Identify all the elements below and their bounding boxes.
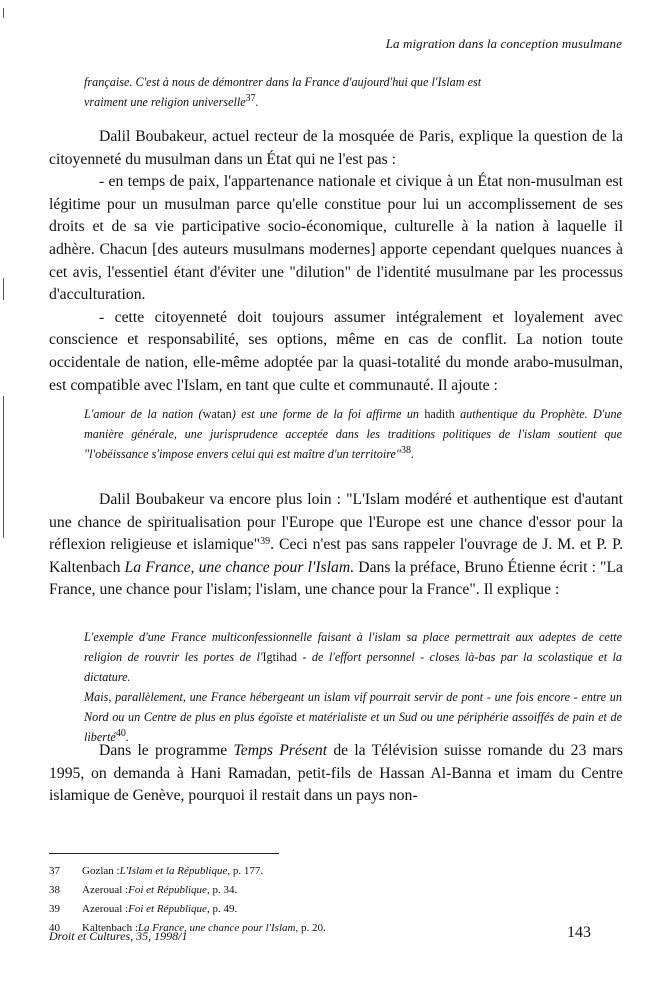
scan-margin-mark [3, 278, 4, 300]
footnotes: 37Gozlan : L'Islam et la République, p. … [49, 862, 326, 938]
quote-text: L'amour de la nation ( [84, 407, 203, 421]
block-quote-2: L'amour de la nation (watan) est une for… [84, 404, 622, 464]
footnote-page: , p. 49. [207, 900, 237, 919]
body-text-3: Dans le programme Temps Présent de la Té… [49, 740, 623, 808]
footnote-title: L'Islam et la République [120, 862, 228, 881]
arabic-term: Igtihad [262, 650, 297, 664]
body-text-1: Dalil Boubakeur, actuel recteur de la mo… [49, 126, 623, 397]
footnote-divider [49, 853, 279, 854]
paragraph: - en temps de paix, l'appartenance natio… [49, 171, 623, 307]
footnote-author: Gozlan : [82, 862, 120, 881]
footnote-39: 39Azeroual : Foi et République, p. 49. [49, 900, 326, 919]
paragraph: Dalil Boubakeur, actuel recteur de la mo… [49, 126, 623, 171]
footnote-37: 37Gozlan : L'Islam et la République, p. … [49, 862, 326, 881]
quote-line: vraiment une religion universelle37. [84, 92, 622, 112]
scan-margin-mark [3, 8, 4, 18]
running-header: La migration dans la conception musulman… [386, 36, 622, 52]
footnote-number: 37 [49, 862, 82, 881]
arabic-term: hadith [424, 407, 454, 421]
paragraph: - cette citoyenneté doit toujours assume… [49, 307, 623, 397]
quote-para: L'exemple d'une France multiconfessionne… [84, 627, 622, 687]
footnote-ref[interactable]: 37 [246, 93, 256, 104]
quote-text: ) est une forme de la foi affirme un [232, 407, 425, 421]
quote-text: Mais, parallèlement, une France hébergea… [84, 690, 622, 744]
program-title: Temps Présent [233, 742, 327, 759]
journal-citation: Droit et Cultures, 35, 1998/1 [49, 929, 187, 944]
book-title: La France, une chance pour l'Islam. [125, 559, 355, 576]
footnote-ref[interactable]: 38 [401, 445, 411, 456]
footnote-author: Azeroual : [82, 881, 128, 900]
block-quote-1: française. C'est à nous de démontrer dan… [84, 72, 622, 112]
quote-text: vraiment une religion universelle [84, 95, 246, 109]
footnote-title: Foi et République [128, 881, 207, 900]
arabic-term: watan [203, 407, 232, 421]
footnote-38: 38Azeroual : Foi et République, p. 34. [49, 881, 326, 900]
footnote-page: , p. 20. [295, 919, 325, 938]
quote-text: . [411, 447, 414, 461]
block-quote-3: L'exemple d'une France multiconfessionne… [84, 627, 622, 747]
page-number: 143 [567, 924, 591, 942]
quote-text: . [256, 95, 259, 109]
footnote-ref[interactable]: 40 [116, 728, 126, 739]
footnote-ref[interactable]: 39 [260, 536, 270, 547]
footnote-page: , p. 34. [207, 881, 237, 900]
text: Dans le programme [99, 742, 233, 759]
footnote-number: 39 [49, 900, 82, 919]
scan-margin-mark [3, 396, 4, 538]
footnote-page: , p. 177. [227, 862, 263, 881]
quote-line: française. C'est à nous de démontrer dan… [84, 72, 622, 92]
footnote-title: Foi et République [128, 900, 207, 919]
quote-para: Mais, parallèlement, une France hébergea… [84, 687, 622, 747]
footnote-author: Azeroual : [82, 900, 128, 919]
paragraph: Dans le programme Temps Présent de la Té… [49, 740, 623, 808]
paragraph: Dalil Boubakeur va encore plus loin : "L… [49, 489, 623, 602]
document-page: La migration dans la conception musulman… [0, 0, 650, 1004]
body-text-2: Dalil Boubakeur va encore plus loin : "L… [49, 489, 623, 602]
footnote-number: 38 [49, 881, 82, 900]
